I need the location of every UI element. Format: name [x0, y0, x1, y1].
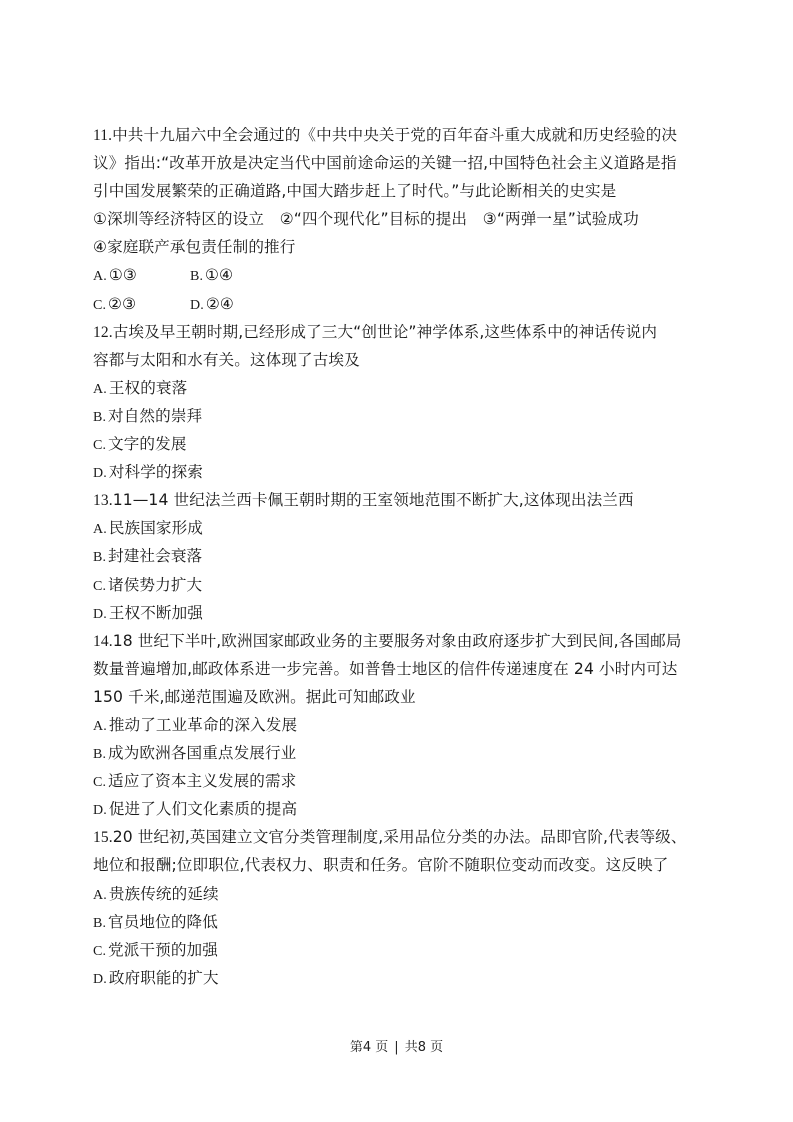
question-stem-line: 数量普遍增加,邮政体系进一步完善。如普鲁士地区的信件传递速度在 24 小时内可达 — [93, 655, 703, 683]
question-stem-line: ④家庭联产承包责任制的推行 — [93, 233, 703, 261]
page-separator: | — [394, 1040, 398, 1055]
question-stem-line: 古埃及早王朝时期,已经形成了三大“创世论”神学体系,这些体系中的神话传说内 — [113, 323, 657, 341]
question-number: 12. — [93, 324, 113, 341]
question-stem-line: 容都与太阳和水有关。这体现了古埃及 — [93, 346, 703, 374]
option-c: C.党派干预的加强 — [93, 936, 703, 964]
question-13: 13.11—14 世纪法兰西卡佩王朝时期的王室领地范围不断扩大,这体现出法兰西 … — [93, 486, 703, 626]
question-stem-line: 议》指出:“改革开放是决定当代中国前途命运的关键一招,中国特色社会主义道路是指 — [93, 149, 703, 177]
question-12: 12.古埃及早王朝时期,已经形成了三大“创世论”神学体系,这些体系中的神话传说内… — [93, 318, 703, 487]
option-c: C.文字的发展 — [93, 430, 703, 458]
question-stem-line: ①深圳等经济特区的设立 ②“四个现代化”目标的提出 ③“两弹一星”试验成功 — [93, 205, 703, 233]
option-c: C.适应了资本主义发展的需求 — [93, 767, 703, 795]
question-number: 15. — [93, 829, 113, 846]
question-stem-line: 11—14 世纪法兰西卡佩王朝时期的王室领地范围不断扩大,这体现出法兰西 — [113, 491, 634, 509]
question-stem-line: 中共十九届六中全会通过的《中共中央关于党的百年奋斗重大成就和历史经验的决 — [112, 126, 677, 144]
option-b: B.官员地位的降低 — [93, 908, 703, 936]
option-d: D.政府职能的扩大 — [93, 964, 703, 992]
option-d: D.促进了人们文化素质的提高 — [93, 795, 703, 823]
option-a: A.推动了工业革命的深入发展 — [93, 711, 703, 739]
option-a: A.民族国家形成 — [93, 514, 703, 542]
option-b: B.封建社会衰落 — [93, 542, 703, 570]
question-15: 15.20 世纪初,英国建立文官分类管理制度,采用品位分类的办法。品即官阶,代表… — [93, 823, 703, 992]
question-stem-line: 引中国发展繁荣的正确道路,中国大踏步赶上了时代。”与此论断相关的史实是 — [93, 177, 703, 205]
page-total: 共8 页 — [405, 1040, 443, 1055]
page-current: 第4 页 — [350, 1040, 388, 1055]
question-14: 14.18 世纪下半叶,欧洲国家邮政业务的主要服务对象由政府逐步扩大到民间,各国… — [93, 627, 703, 824]
exam-page-content: 11.中共十九届六中全会通过的《中共中央关于党的百年奋斗重大成就和历史经验的决 … — [93, 121, 703, 992]
question-stem-line: 20 世纪初,英国建立文官分类管理制度,采用品位分类的办法。品即官阶,代表等级、 — [113, 828, 687, 846]
option-d: D.王权不断加强 — [93, 599, 703, 627]
question-number: 11. — [93, 127, 112, 144]
question-stem-line: 18 世纪下半叶,欧洲国家邮政业务的主要服务对象由政府逐步扩大到民间,各国邮局 — [113, 632, 682, 650]
option-c: C.诸侯势力扩大 — [93, 571, 703, 599]
option-a: A.王权的衰落 — [93, 374, 703, 402]
option-b: B.对自然的崇拜 — [93, 402, 703, 430]
option-c: C.②③ — [93, 290, 190, 320]
question-stem-line: 地位和报酬;位即职位,代表权力、职责和任务。官阶不随职位变动而改变。这反映了 — [93, 851, 703, 879]
option-d: D.对科学的探索 — [93, 458, 703, 486]
question-number: 13. — [93, 492, 113, 509]
question-11: 11.中共十九届六中全会通过的《中共中央关于党的百年奋斗重大成就和历史经验的决 … — [93, 121, 703, 318]
option-b: B.①④ — [190, 261, 287, 291]
option-a: A.①③ — [93, 261, 190, 291]
page-footer: 第4 页|共8 页 — [0, 1036, 793, 1055]
question-number: 14. — [93, 633, 113, 650]
question-stem-line: 150 千米,邮递范围遍及欧洲。据此可知邮政业 — [93, 683, 703, 711]
option-a: A.贵族传统的延续 — [93, 880, 703, 908]
option-b: B.成为欧洲各国重点发展行业 — [93, 739, 703, 767]
option-d: D.②④ — [190, 290, 287, 320]
